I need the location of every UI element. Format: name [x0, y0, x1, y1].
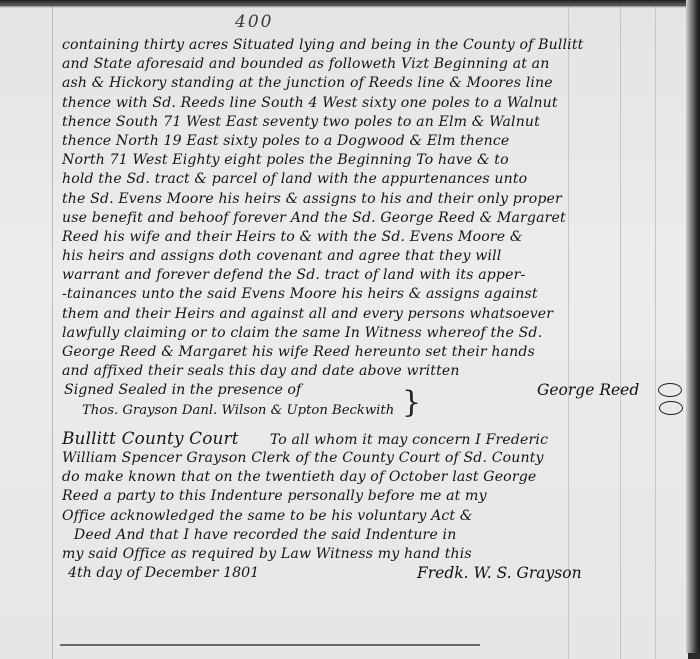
- grantor-signature: George Reed: [537, 381, 639, 400]
- deed-line: thence with Sd. Reeds line South 4 West …: [62, 94, 668, 113]
- certificate-first-line: Bullitt County Court To all whom it may …: [62, 430, 668, 449]
- deed-line: warrant and forever defend the Sd. tract…: [62, 266, 668, 285]
- certificate-line: Reed a party to this Indenture personall…: [62, 487, 668, 506]
- deed-line: the Sd. Evens Moore his heirs & assigns …: [62, 190, 668, 209]
- margin-rule: [52, 6, 53, 653]
- deed-line: lawfully claiming or to claim the same I…: [62, 324, 668, 343]
- court-heading: Bullitt County Court: [62, 429, 239, 449]
- deed-line: George Reed & Margaret his wife Reed her…: [62, 343, 668, 362]
- witness-names: Thos. Grayson Danl. Wilson & Upton Beckw…: [82, 401, 394, 420]
- deed-line: them and their Heirs and against all and…: [62, 305, 668, 324]
- date-signature-row: 4th day of December 1801 Fredk. W. S. Gr…: [62, 564, 672, 583]
- deed-line: containing thirty acres Situated lying a…: [62, 36, 668, 55]
- deed-line: and State aforesaid and bounded as follo…: [62, 55, 668, 74]
- page-number: 400: [235, 12, 273, 32]
- brace-symbol: }: [402, 385, 421, 420]
- certificate-line: my said Office as required by Law Witnes…: [62, 545, 668, 564]
- wax-seal-icon: [658, 383, 682, 397]
- ledger-page: 400 containing thirty acres Situated lyi…: [0, 6, 688, 653]
- certificate-line: Office acknowledged the same to be his v…: [62, 507, 668, 526]
- certificate-date: 4th day of December 1801: [62, 564, 259, 583]
- certificate-line: do make known that on the twentieth day …: [62, 468, 668, 487]
- deed-line: ash & Hickory standing at the junction o…: [62, 74, 668, 93]
- deed-line: his heirs and assigns doth covenant and …: [62, 247, 668, 266]
- certificate-line: William Spencer Grayson Clerk of the Cou…: [62, 449, 668, 468]
- deed-line: Reed his wife and their Heirs to & with …: [62, 228, 668, 247]
- binding-edge-right: [686, 0, 700, 653]
- deed-line: and affixed their seals this day and dat…: [62, 362, 668, 381]
- bottom-rule: [60, 644, 480, 646]
- deed-line: thence South 71 West East seventy two po…: [62, 113, 668, 132]
- signed-sealed-label: Signed Sealed in the presence of: [62, 381, 301, 400]
- attestation-row: Signed Sealed in the presence of George …: [62, 381, 672, 400]
- certificate-line: To all whom it may concern I Frederic: [270, 432, 548, 448]
- certificate-line: Deed And that I have recorded the said I…: [62, 526, 668, 545]
- deed-text: containing thirty acres Situated lying a…: [62, 36, 672, 583]
- deed-line: -tainances unto the said Evens Moore his…: [62, 285, 668, 304]
- deed-line: thence North 19 East sixty poles to a Do…: [62, 132, 668, 151]
- deed-line: North 71 West Eighty eight poles the Beg…: [62, 151, 668, 170]
- binding-shadow-top: [0, 0, 700, 8]
- clerk-signature: Fredk. W. S. Grayson: [417, 564, 582, 583]
- deed-line: use benefit and behoof forever And the S…: [62, 209, 668, 228]
- deed-line: hold the Sd. tract & parcel of land with…: [62, 170, 668, 189]
- witnesses-row: Thos. Grayson Danl. Wilson & Upton Beckw…: [62, 401, 672, 420]
